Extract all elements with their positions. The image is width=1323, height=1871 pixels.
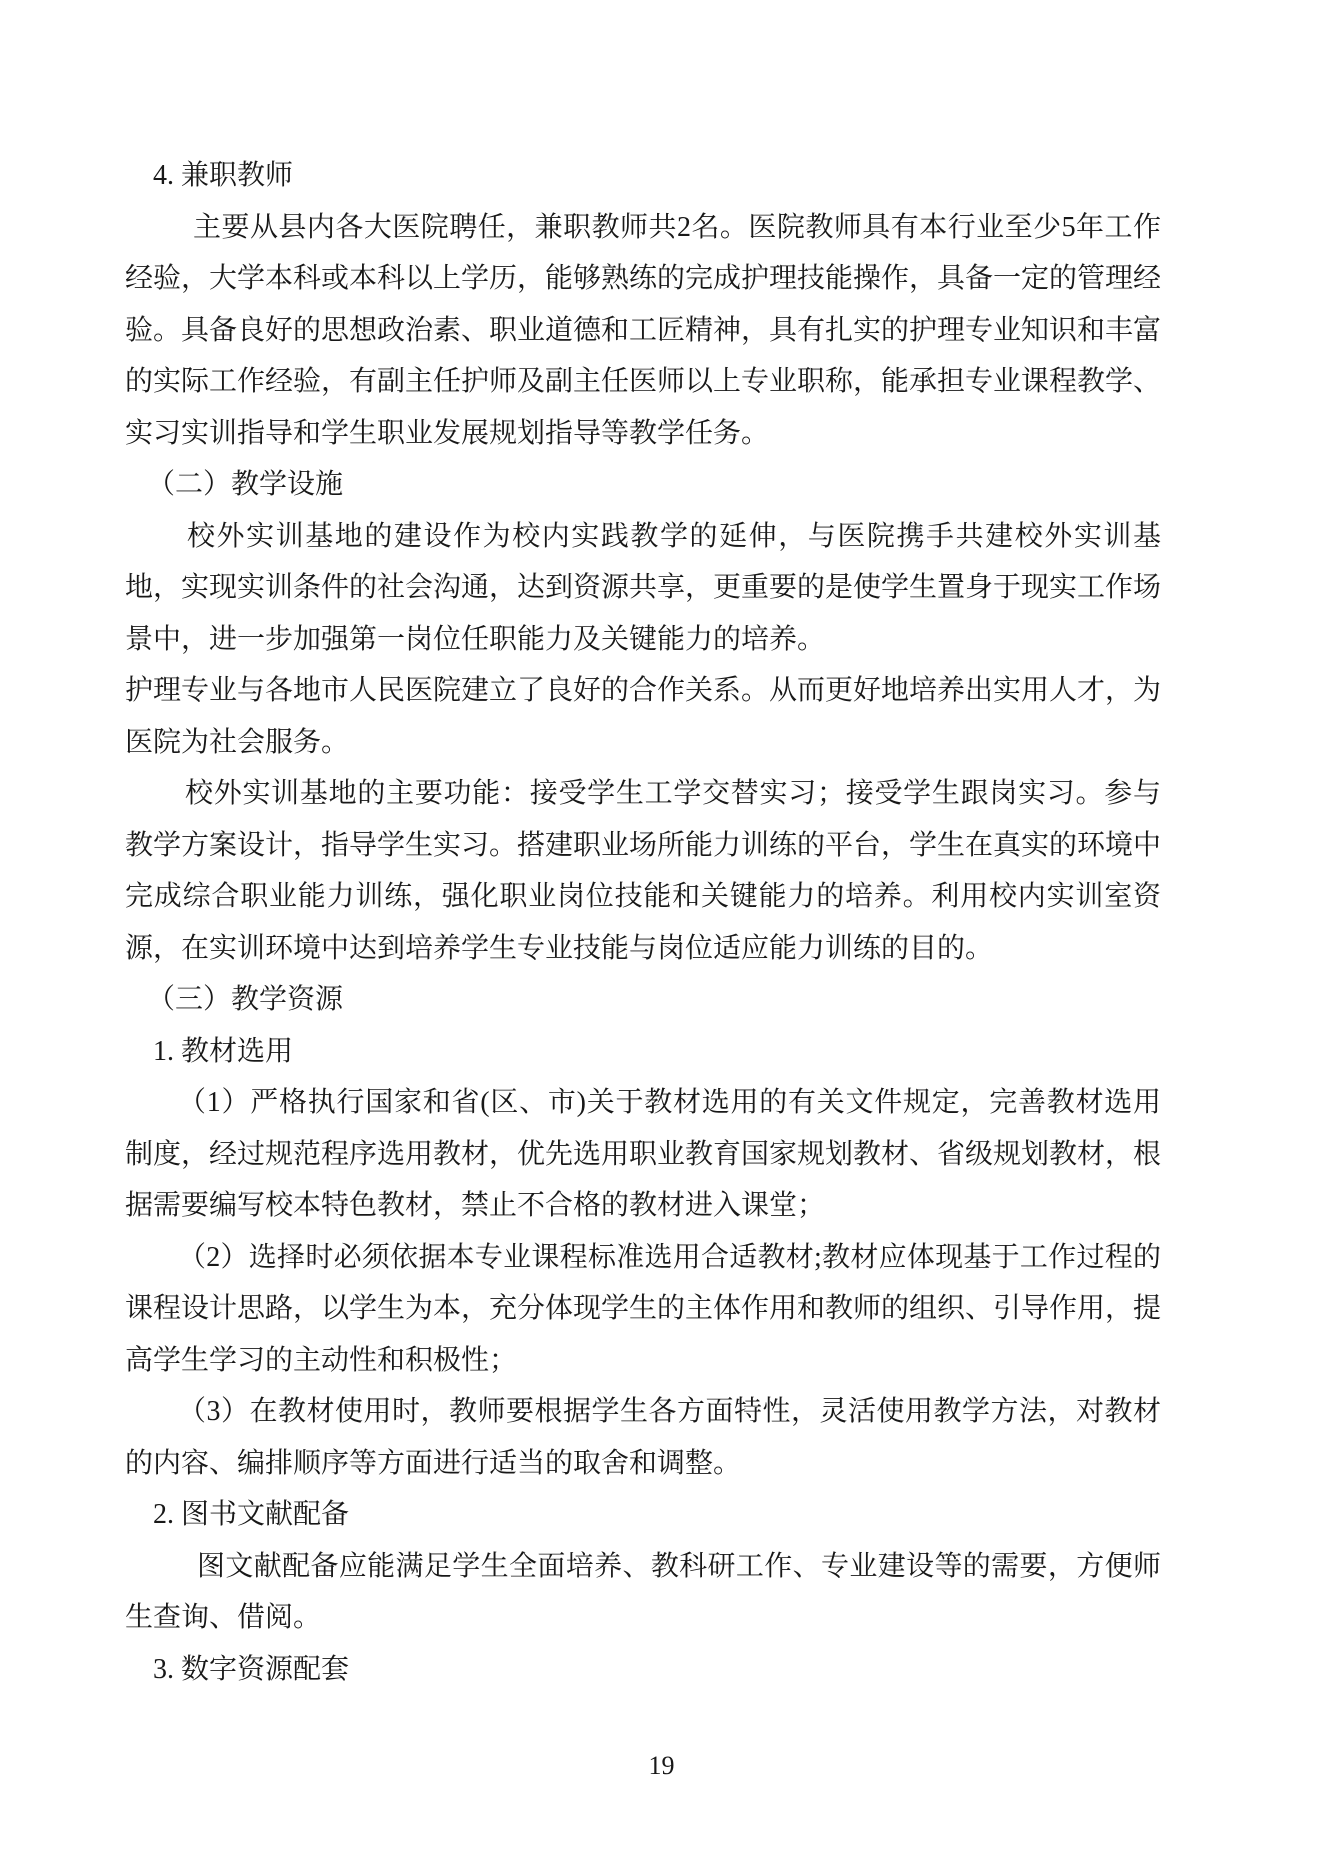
- section-heading: （二）教学设施: [125, 459, 1161, 511]
- section-heading: （三）教学资源: [125, 974, 1161, 1026]
- section-heading: 1. 教材选用: [125, 1026, 1161, 1078]
- page-number: 19: [0, 1746, 1323, 1786]
- document-page: 4. 兼职教师 主要从县内各大医院聘任，兼职教师共2名。医院教师具有本行业至少5…: [0, 0, 1323, 1871]
- body-paragraph: （2）选择时必须依据本专业课程标准选用合适教材;教材应体现基于工作过程的课程设计…: [125, 1232, 1161, 1387]
- section-heading: 2. 图书文献配备: [125, 1489, 1161, 1541]
- body-paragraph: 主要从县内各大医院聘任，兼职教师共2名。医院教师具有本行业至少5年工作经验，大学…: [125, 202, 1161, 460]
- document-text-block: 4. 兼职教师 主要从县内各大医院聘任，兼职教师共2名。医院教师具有本行业至少5…: [125, 150, 1161, 1695]
- body-paragraph: 护理专业与各地市人民医院建立了良好的合作关系。从而更好地培养出实用人才，为医院为…: [125, 665, 1161, 768]
- body-paragraph: 图文献配备应能满足学生全面培养、教科研工作、专业建设等的需要，方便师生查询、借阅…: [125, 1541, 1161, 1644]
- body-paragraph: （3）在教材使用时，教师要根据学生各方面特性，灵活使用教学方法，对教材的内容、编…: [125, 1386, 1161, 1489]
- body-paragraph: 校外实训基地的建设作为校内实践教学的延伸，与医院携手共建校外实训基地，实现实训条…: [125, 511, 1161, 666]
- body-paragraph: 校外实训基地的主要功能：接受学生工学交替实习；接受学生跟岗实习。参与教学方案设计…: [125, 768, 1161, 974]
- body-paragraph: （1）严格执行国家和省(区、市)关于教材选用的有关文件规定，完善教材选用制度，经…: [125, 1077, 1161, 1232]
- section-heading: 4. 兼职教师: [125, 150, 1161, 202]
- section-heading: 3. 数字资源配套: [125, 1644, 1161, 1696]
